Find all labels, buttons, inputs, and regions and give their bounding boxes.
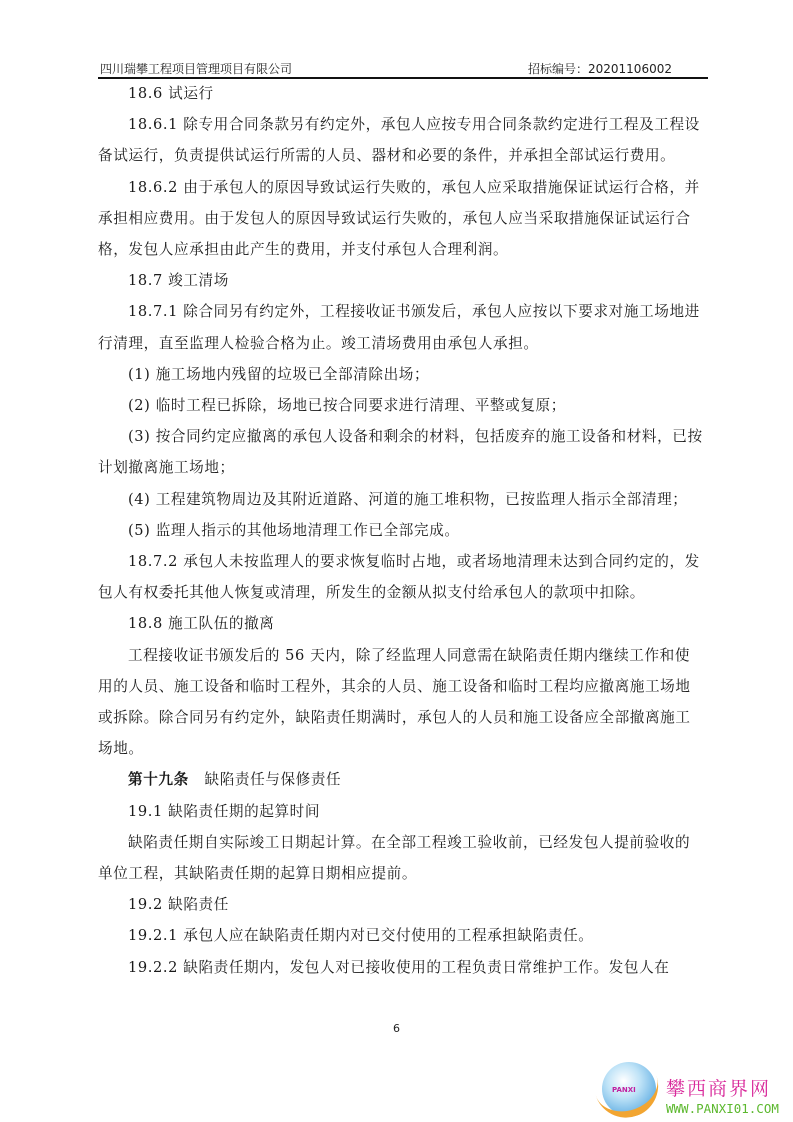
watermark-url: WWW.PANXI01.COM <box>666 1101 779 1116</box>
section-heading-19-1: 19.1 缺陷责任期的起算时间 <box>98 796 703 827</box>
paragraph-18-6-1: 18.6.1 除专用合同条款另有约定外，承包人应按专用合同条款约定进行工程及工程… <box>98 109 703 171</box>
watermark: PANXI 攀西商界网 WWW.PANXI01.COM <box>600 1058 793 1122</box>
article-heading: 第十九条 缺陷责任与保修责任 <box>98 764 703 795</box>
list-item-2: (2) 临时工程已拆除，场地已按合同要求进行清理、平整或复原； <box>98 390 703 421</box>
list-item-3: (3) 按合同约定应撤离的承包人设备和剩余的材料，包括废弃的施工设备和材料，已按… <box>98 421 703 483</box>
tender-number: 招标编号：20201106002 <box>528 60 672 77</box>
paragraph-18-7-1: 18.7.1 除合同另有约定外，工程接收证书颁发后，承包人应按以下要求对施工场地… <box>98 296 703 358</box>
article-title: 缺陷责任与保修责任 <box>205 771 342 788</box>
section-heading-18-7: 18.7 竣工清场 <box>98 265 703 296</box>
paragraph-18-6-2: 18.6.2 由于承包人的原因导致试运行失败的，承包人应采取措施保证试运行合格，… <box>98 172 703 266</box>
watermark-site-name: 攀西商界网 <box>666 1074 771 1101</box>
list-item-1: (1) 施工场地内残留的垃圾已全部清除出场； <box>98 359 703 390</box>
page-header: 四川瑞攀工程项目管理项目有限公司 招标编号：20201106002 <box>98 57 698 77</box>
logo-text: PANXI <box>612 1086 636 1094</box>
list-item-5: (5) 监理人指示的其他场地清理工作已全部完成。 <box>98 515 703 546</box>
paragraph-19-2-2: 19.2.2 缺陷责任期内，发包人对已接收使用的工程负责日常维护工作。发包人在 <box>98 952 703 983</box>
paragraph-18-8: 工程接收证书颁发后的 56 天内，除了经监理人同意需在缺陷责任期内继续工作和使用… <box>98 640 703 765</box>
article-label: 第十九条 <box>128 771 189 788</box>
section-heading-18-6: 18.6 试运行 <box>98 78 703 109</box>
page-number: 6 <box>393 1022 400 1035</box>
paragraph-18-7-2: 18.7.2 承包人未按监理人的要求恢复临时占地，或者场地清理未达到合同约定的，… <box>98 546 703 608</box>
paragraph-19-2-1: 19.2.1 承包人应在缺陷责任期内对已交付使用的工程承担缺陷责任。 <box>98 920 703 951</box>
company-name: 四川瑞攀工程项目管理项目有限公司 <box>100 60 292 77</box>
paragraph-19-1: 缺陷责任期自实际竣工日期起计算。在全部工程竣工验收前，已经发包人提前验收的单位工… <box>98 827 703 889</box>
section-heading-18-8: 18.8 施工队伍的撤离 <box>98 608 703 639</box>
document-body: 18.6 试运行 18.6.1 除专用合同条款另有约定外，承包人应按专用合同条款… <box>98 78 703 983</box>
section-heading-19-2: 19.2 缺陷责任 <box>98 889 703 920</box>
list-item-4: (4) 工程建筑物周边及其附近道路、河道的施工堆积物，已按监理人指示全部清理； <box>98 484 703 515</box>
